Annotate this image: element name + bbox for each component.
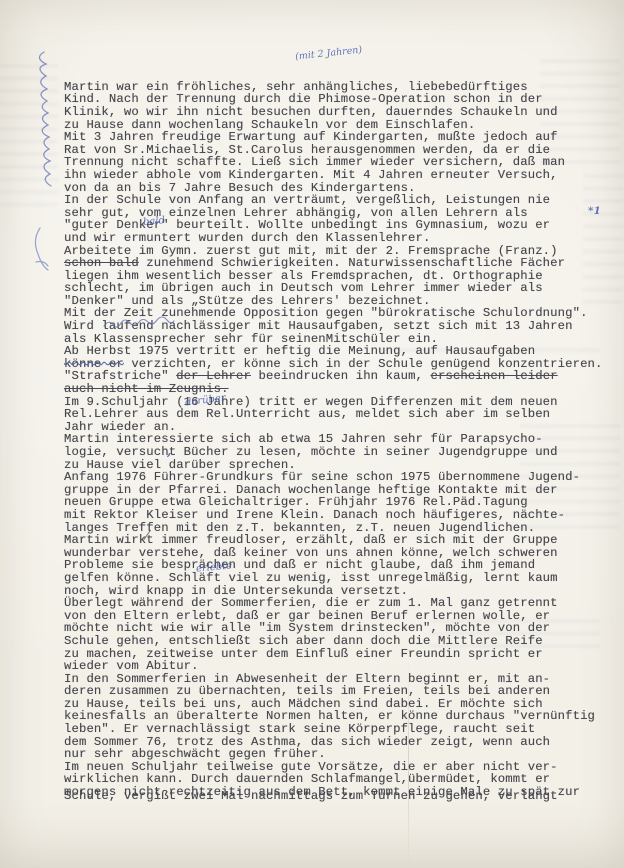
document-page: Martin war ein fröhliches, sehr anhängli… bbox=[0, 0, 624, 868]
handwritten-word-bald: bald bbox=[143, 215, 166, 228]
margin-note-handwriting bbox=[22, 48, 52, 308]
text-line: Schule, vergißt zwei Mal nachmittags zum… bbox=[64, 790, 620, 803]
typewritten-text: Martin war ein fröhliches, sehr anhängli… bbox=[64, 43, 620, 802]
handwritten-correction-squiggle bbox=[102, 318, 174, 330]
handwritten-footnote-mark: *1 bbox=[588, 205, 601, 217]
handwritten-caret-comma: , bbox=[167, 444, 172, 459]
